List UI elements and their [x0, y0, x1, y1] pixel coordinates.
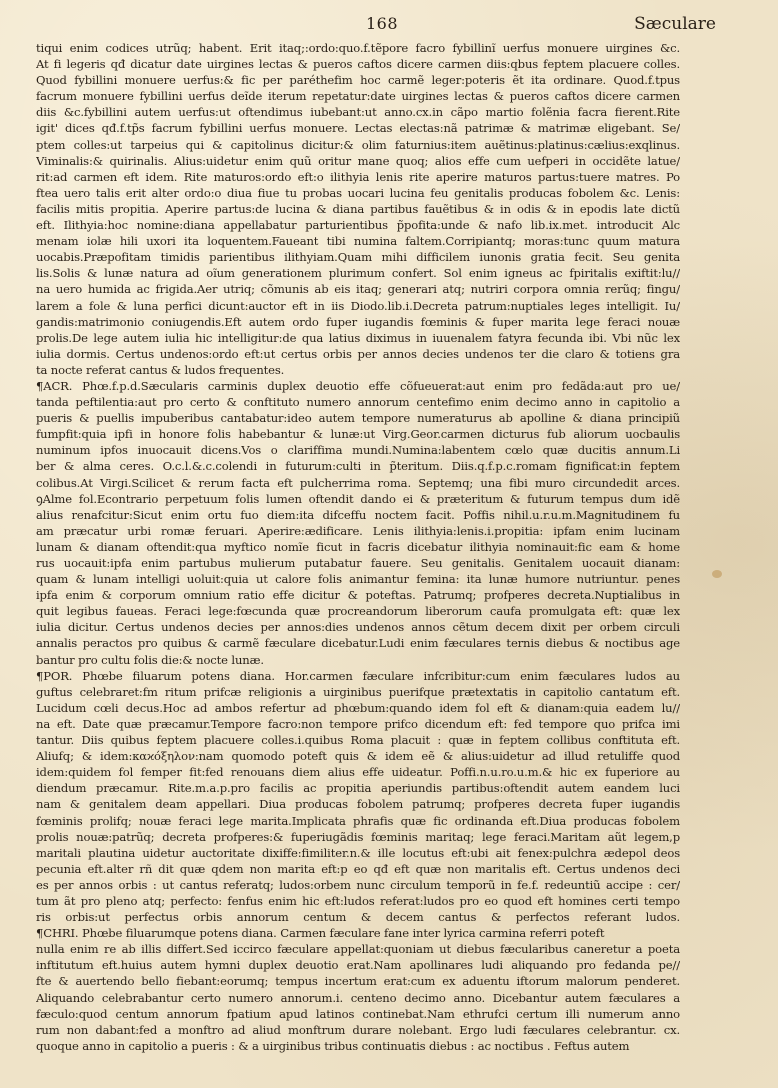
section-heading-line: ¶ACR. Phœ.f.p.d.Sæcularis carminis duple…	[36, 378, 680, 394]
text-line: annalis peractos pro quibus & carmẽ fæcu…	[36, 635, 680, 651]
text-line: tanda peftilentia:aut pro certo & confti…	[36, 394, 680, 410]
text-line: prolis nouæ:patrũq; decreta profperes:& …	[36, 829, 680, 845]
text-line: quoque anno in capitolio a pueris : & a …	[36, 1038, 680, 1054]
text-line: pueris & puellis impuberibus cantabatur:…	[36, 410, 680, 426]
text-line: Aliquando celebrabantur certo numero ann…	[36, 990, 680, 1006]
text-line: es per annos orbis : ut cantus referatq;…	[36, 877, 680, 893]
section-heading-line: ¶POR. Phœbe filuarum potens diana. Hor.c…	[36, 668, 680, 684]
text-line: am præcatur urbi romæ feruari. Aperire:æ…	[36, 523, 680, 539]
text-line: lunam & dianam oftendit:qua myftico nomĩ…	[36, 539, 680, 555]
text-line: ftea uero talis erit alter ordo:o diua f…	[36, 185, 680, 201]
text-line: idem:quidem fol femper fit:fed renouans …	[36, 764, 680, 780]
running-head: Sæculare	[634, 14, 716, 34]
text-line: Lucidum cœli decus.Hoc ad ambos refertur…	[36, 700, 680, 716]
text-line: tum ãt pro pleno atq; perfecto: fenfus e…	[36, 893, 680, 909]
text-line: nulla enim re ab illis differt.Sed iccir…	[36, 941, 680, 957]
text-line: eft. Ilithyia:hoc nomine:diana appellaba…	[36, 217, 680, 233]
text-line: prolis.De lege autem iulia hic intelligi…	[36, 330, 680, 346]
book-page: 168 Sæculare tiqui enim codices utrũq; h…	[0, 0, 778, 1088]
text-line: iulia dormis. Certus undenos:ordo eft:ut…	[36, 346, 680, 362]
text-line: Aliufq; & idem:καϰόξηλον:nam quomodo pot…	[36, 748, 680, 764]
text-line: iulia dicitur. Certus undenos decies per…	[36, 619, 680, 635]
text-line: pecunia eft.alter rñ dit quæ qdem non ma…	[36, 861, 680, 877]
text-line: diis &c.fybillini autem uerfus:ut oftend…	[36, 104, 680, 120]
text-line: maritali plautina uidetur auctoritate di…	[36, 845, 680, 861]
text-line: igit' dices qđ.f.tp̃s facrum fybillini u…	[36, 120, 680, 136]
paper-stain	[712, 570, 722, 578]
text-line: diendum præcamur. Rite.m.a.p.pro facilis…	[36, 780, 680, 796]
text-line: Quod fybillini monuere uerfus:& fic per …	[36, 72, 680, 88]
text-line: fœminis prolifq; nouæ feraci lege marita…	[36, 813, 680, 829]
text-line: ptem colles:ut tarpeius qui & capitolinu…	[36, 137, 680, 153]
text-line: rus uocauit:ipfa enim partubus mulierum …	[36, 555, 680, 571]
text-line: gandis:matrimonio coniugendis.Eft autem …	[36, 314, 680, 330]
text-line: rit:ad carmen eft idem. Rite maturos:ord…	[36, 169, 680, 185]
text-line: ꝯAlme fol.Econtrario perpetuum folis lum…	[36, 491, 680, 507]
commentary-text-block: tiqui enim codices utrũq; habent. Erit i…	[36, 40, 680, 1054]
text-line: fte & auertendo bello fiebant:eorumq; te…	[36, 973, 680, 989]
text-line: ta nocte referat cantus & ludos frequent…	[36, 362, 680, 378]
text-line: Viminalis:& quirinalis. Alius:uidetur en…	[36, 153, 680, 169]
text-line: na eft. Date quæ præcamur.Tempore facro:…	[36, 716, 680, 732]
text-line: uocabis.Præpofitam timidis parientibus i…	[36, 249, 680, 265]
text-line: larem a fole & luna perfici dicunt:aucto…	[36, 298, 680, 314]
page-number: 168	[366, 14, 398, 33]
text-line: facrum monuere fybillini uerfus deĩde it…	[36, 88, 680, 104]
page-header: 168 Sæculare	[0, 14, 778, 38]
text-line: ipfa enim & corporum omnium ratio effe d…	[36, 587, 680, 603]
text-line: inftitutum eft.huius autem hymni duplex …	[36, 957, 680, 973]
text-line: na uero humida ac frigida.Aer utriq; cõm…	[36, 281, 680, 297]
text-line: quam & lunam intelligi uoluit:quia ut ca…	[36, 571, 680, 587]
text-line: fumpfit:quia ipfi in honore folis habeba…	[36, 426, 680, 442]
text-line: At fi legeris qđ dicatur date uirgines l…	[36, 56, 680, 72]
text-line: facilis mitis propitia. Aperire partus:d…	[36, 201, 680, 217]
text-line: fæculo:quod centum annorum fpatium apud …	[36, 1006, 680, 1022]
text-line: guftus celebraret:fm ritum prifcæ religi…	[36, 684, 680, 700]
text-line: ber & alma ceres. O.c.l.&.c.colendi in f…	[36, 458, 680, 474]
text-line: lis.Solis & lunæ natura ad oĩum generati…	[36, 265, 680, 281]
text-line: tiqui enim codices utrũq; habent. Erit i…	[36, 40, 680, 56]
text-line: colibus.At Virgi.Scilicet & rerum facta …	[36, 475, 680, 491]
section-heading-line: ¶CHRI. Phœbe filuarumque potens diana. C…	[36, 925, 680, 941]
text-line: quit legibus faueas. Feraci lege:fœcunda…	[36, 603, 680, 619]
text-line: alius renafcitur:Sicut enim ortu fuo die…	[36, 507, 680, 523]
text-line: tantur. Diis quibus feptem placuere coll…	[36, 732, 680, 748]
text-line: rum non dabant:fed a monftro ad aliud mo…	[36, 1022, 680, 1038]
text-line: numinum ipfos inuocauit dicens.Vos o cla…	[36, 442, 680, 458]
text-line: menam iolæ hili uxori ita loquentem.Faue…	[36, 233, 680, 249]
text-line: nam & genitalem deam appellari. Diua pro…	[36, 796, 680, 812]
text-line: ris orbis:ut perfectus orbis annorum cen…	[36, 909, 680, 925]
text-line: bantur pro cultu folis die:& nocte lunæ.	[36, 652, 680, 668]
